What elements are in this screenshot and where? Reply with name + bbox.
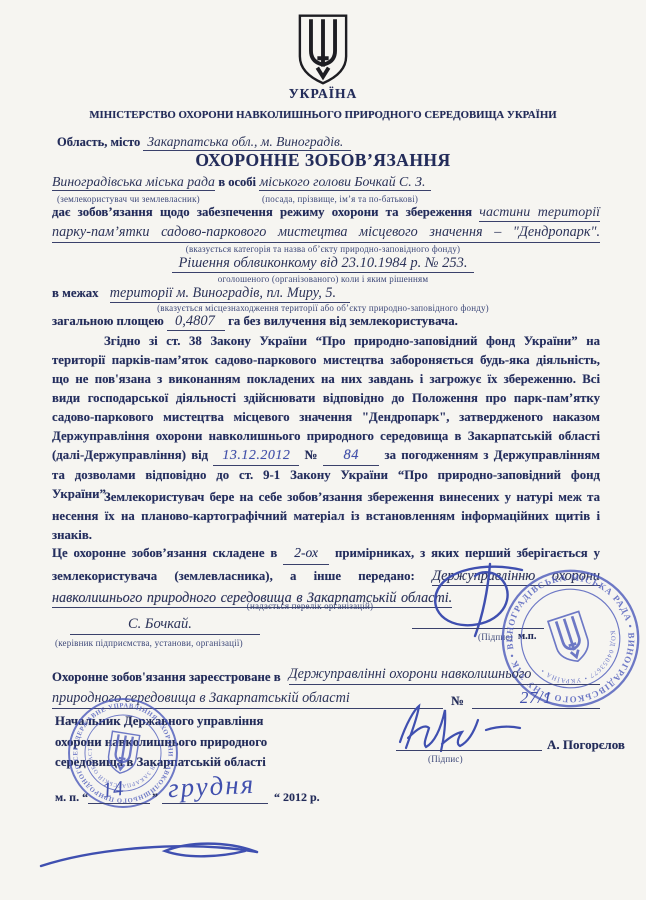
area-label-2: га без вилучення від землекористувача. xyxy=(228,314,458,328)
hint-head: (керівник підприємства, установи, органі… xyxy=(55,638,243,648)
footer-month-handwritten: грудня xyxy=(167,769,256,805)
ukraine-trident-emblem-icon xyxy=(294,12,352,86)
hint-location: (вказується місцезнаходження території а… xyxy=(0,303,646,313)
order-number-handwritten: 84 xyxy=(344,447,360,463)
area-line: загальною площею 0,4807 га без вилучення… xyxy=(52,313,458,330)
landuser-value: Виноградівська міська рада xyxy=(52,174,215,191)
within-label: в межах xyxy=(52,286,99,300)
hint-landuser: (землекористувач чи землевласник) xyxy=(57,194,200,204)
footer-day-handwritten: 14 xyxy=(101,776,126,803)
registration-text: Охоронне зобов'язання зареєстроване в xyxy=(52,670,281,685)
region-label: Область, місто xyxy=(57,135,140,149)
footer-mp-label: м. п. “ xyxy=(55,790,88,805)
hint-sign-2: (Підпис) xyxy=(428,754,463,764)
copies-count-value: 2-ох xyxy=(294,545,318,560)
document-title: ОХОРОННЕ ЗОБОВ’ЯЗАННЯ xyxy=(0,150,646,171)
official-name: А. Погорєлов xyxy=(547,737,625,753)
registration-value-1: Держуправлінні охорони навколишнього xyxy=(289,666,600,685)
country-label: УКРАЇНА xyxy=(0,86,646,102)
law-text-1: Згідно зі ст. 38 Закону України “Про при… xyxy=(52,334,600,462)
scanned-document-page: УКРАЇНА МІНІСТЕРСТВО ОХОРОНИ НАВКОЛИШНЬО… xyxy=(0,0,646,900)
area-label-1: загальною площею xyxy=(52,314,164,328)
decision-value: Рішення облвиконкому від 23.10.1984 р. №… xyxy=(172,255,473,273)
region-line: Область, місто Закарпатська обл., м. Вин… xyxy=(57,134,351,150)
hint-person: (посада, прізвище, ім’я та по-батькові) xyxy=(262,194,418,204)
area-value: 0,4807 xyxy=(167,313,225,331)
grant-text: дає зобов’язання щодо забезпечення режим… xyxy=(52,205,472,219)
landuser-paragraph: Землекористувач бере на себе зобов’язанн… xyxy=(52,488,600,545)
org-mid-label: в особі xyxy=(218,175,256,189)
official-sign-line xyxy=(396,734,542,751)
head-signature-line xyxy=(70,618,260,635)
within-line: в межах території м. Виноградів, пл. Мир… xyxy=(52,285,350,302)
footer-quote-a: ” xyxy=(152,790,158,805)
object-value-1: частини території xyxy=(479,205,600,222)
no-sign: № xyxy=(305,448,318,462)
hint-decision: оголошеного (організованого) коли і яким… xyxy=(0,274,646,284)
stamp-left-trident-icon xyxy=(106,731,140,775)
footer-year-label: “ 2012 р. xyxy=(274,790,320,805)
bottom-swoosh-signature-icon xyxy=(35,836,265,876)
registration-line-1: Охоронне зобов'язання зареєстроване в Де… xyxy=(52,666,600,685)
grant-line: дає зобов’язання щодо забезпечення режим… xyxy=(52,205,600,221)
within-value: території м. Виноградів, пл. Миру, 5. xyxy=(110,285,350,303)
region-value: Закарпатська обл., м. Виноградів. xyxy=(143,134,351,151)
org-line: Виноградівська міська рада в особі міськ… xyxy=(52,174,431,190)
copies-text-1: Це охоронне зобов’язання складене в xyxy=(52,546,277,560)
object-value-2: парку-пам’ятки садово-паркового мистецтв… xyxy=(52,224,600,244)
hint-category: (вказується категорія та назва об’єкту п… xyxy=(0,244,646,254)
order-date-handwritten: 13.12.2012 xyxy=(222,448,290,463)
stamp-right-trident-icon xyxy=(548,611,593,666)
hint-organizations: (надається перелік організацій) xyxy=(160,601,460,611)
law-paragraph: Згідно зі ст. 38 Закону України “Про при… xyxy=(52,332,600,504)
person-value: міського голови Бочкай С. З. xyxy=(259,174,431,191)
ministry-title: МІНІСТЕРСТВО ОХОРОНИ НАВКОЛИШНЬОГО ПРИРО… xyxy=(0,109,646,121)
decision-line: Рішення облвиконкому від 23.10.1984 р. №… xyxy=(0,255,646,272)
